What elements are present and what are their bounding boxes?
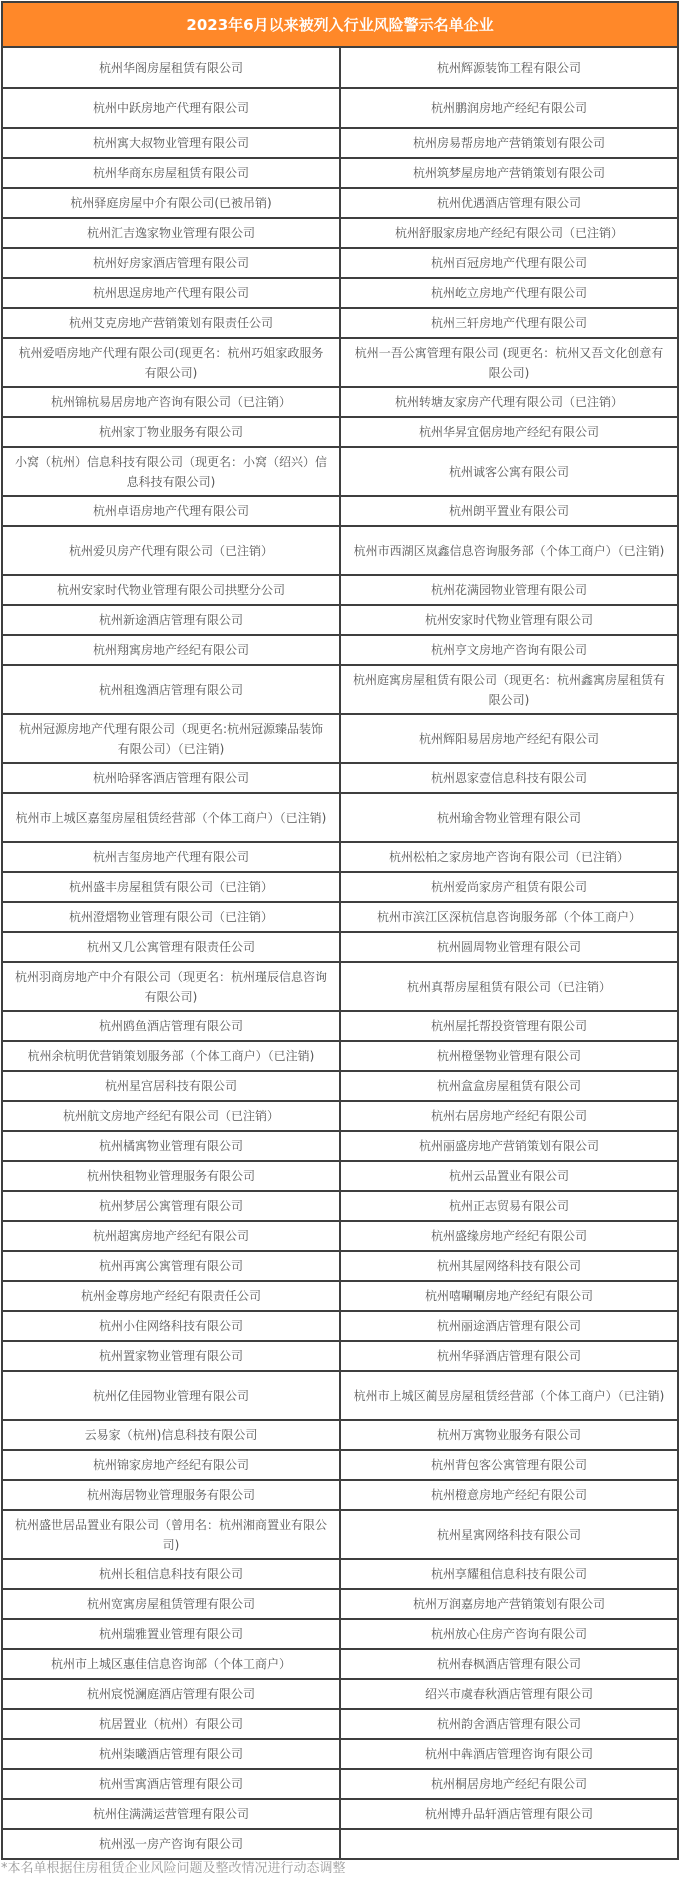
company-name-left: 杭州租逸酒店管理有限公司 [2, 665, 340, 714]
company-name-left: 杭州住满满运营管理有限公司 [2, 1799, 340, 1829]
table-row: 杭州爱唔房地产代理有限公司(现更名：杭州巧姐家政服务有限公司)杭州一吾公寓管理有… [2, 338, 678, 387]
table-row: 杭州驿庭房屋中介有限公司(已被吊销)杭州优遇酒店管理有限公司 [2, 188, 678, 218]
table-row: 杭州华商东房屋租赁有限公司杭州筑梦屋房地产营销策划有限公司 [2, 158, 678, 188]
table-row: 杭州锦杭易居房地产咨询有限公司（已注销）杭州转塘友家房产代理有限公司（已注销） [2, 387, 678, 417]
table-row: 杭州寓大叔物业管理有限公司杭州房易帮房地产营销策划有限公司 [2, 128, 678, 158]
company-name-right: 杭州星寓网络科技有限公司 [340, 1510, 678, 1559]
company-name-right: 杭州亨文房地产咨询有限公司 [340, 635, 678, 665]
company-name-left: 杭州盛世居品置业有限公司（曾用名：杭州湘商置业有限公司) [2, 1510, 340, 1559]
risk-warning-table: 2023年6月以来被列入行业风险警示名单企业 杭州华阁房屋租赁有限公司杭州辉源装… [1, 1, 679, 1860]
company-name-right: 杭州市西湖区岚鑫信息咨询服务部（个体工商户）（已注销) [340, 526, 678, 575]
table-row: 杭州艾克房地产营销策划有限责任公司杭州三轩房地产代理有限公司 [2, 308, 678, 338]
company-name-left: 杭州爱贝房产代理有限公司（已注销） [2, 526, 340, 575]
company-name-left: 杭州雪寓酒店管理有限公司 [2, 1769, 340, 1799]
warning-list-container: 2023年6月以来被列入行业风险警示名单企业 杭州华阁房屋租赁有限公司杭州辉源装… [1, 1, 679, 1878]
company-name-left: 杭州宽寓房屋租赁管理有限公司 [2, 1589, 340, 1619]
company-name-left: 杭州驿庭房屋中介有限公司(已被吊销) [2, 188, 340, 218]
company-name-right: 杭州中犇酒店管理咨询有限公司 [340, 1739, 678, 1769]
company-name-right: 杭州博升品轩酒店管理有限公司 [340, 1799, 678, 1829]
table-row: 杭州中跃房地产代理有限公司杭州鹏润房地产经纪有限公司 [2, 88, 678, 128]
company-name-right: 杭州真帮房屋租赁有限公司（已注销） [340, 962, 678, 1011]
company-name-left: 杭州澄熠物业管理有限公司（已注销） [2, 902, 340, 932]
table-row: 杭州置家物业管理有限公司杭州华驿酒店管理有限公司 [2, 1341, 678, 1371]
company-name-left: 杭州梦居公寓管理有限公司 [2, 1191, 340, 1221]
table-row: 杭州泓一房产咨询有限公司 [2, 1829, 678, 1859]
company-name-right: 杭州圆周物业管理有限公司 [340, 932, 678, 962]
table-row: 杭州汇吉逸家物业管理有限公司杭州舒服家房地产经纪有限公司（已注销） [2, 218, 678, 248]
table-row: 杭州新途酒店管理有限公司杭州安家时代物业管理有限公司 [2, 605, 678, 635]
company-name-right: 杭州享耀租信息科技有限公司 [340, 1559, 678, 1589]
company-name-left: 杭州亿佳园物业管理有限公司 [2, 1371, 340, 1420]
company-name-right: 杭州辉源装饰工程有限公司 [340, 47, 678, 88]
company-name-left: 杭州思逞房地产代理有限公司 [2, 278, 340, 308]
table-row: 杭州住满满运营管理有限公司杭州博升品轩酒店管理有限公司 [2, 1799, 678, 1829]
table-row: 杭居置业（杭州）有限公司杭州韵舍酒店管理有限公司 [2, 1709, 678, 1739]
table-row: 杭州盛世居品置业有限公司（曾用名：杭州湘商置业有限公司)杭州星寓网络科技有限公司 [2, 1510, 678, 1559]
footnote: *本名单根据住房租赁企业风险问题及整改情况进行动态调整 [1, 1860, 679, 1878]
company-name-right: 杭州优遇酒店管理有限公司 [340, 188, 678, 218]
company-name-left: 杭州哈驿客酒店管理有限公司 [2, 763, 340, 793]
table-row: 杭州星宫居科技有限公司杭州盒盒房屋租赁有限公司 [2, 1071, 678, 1101]
table-row: 杭州家丁物业服务有限公司杭州华昇宜倨房地产经纪有限公司 [2, 417, 678, 447]
company-name-left: 杭州吉玺房地产代理有限公司 [2, 842, 340, 872]
table-row: 杭州瑞雅置业管理有限公司杭州放心住房产咨询有限公司 [2, 1619, 678, 1649]
company-name-right: 杭州春枫酒店管理有限公司 [340, 1649, 678, 1679]
table-row: 杭州长租信息科技有限公司杭州享耀租信息科技有限公司 [2, 1559, 678, 1589]
company-name-right: 杭州瑜舍物业管理有限公司 [340, 793, 678, 842]
company-name-left: 杭州超寓房地产经纪有限公司 [2, 1221, 340, 1251]
company-name-right: 杭州右居房地产经纪有限公司 [340, 1101, 678, 1131]
company-name-right: 杭州韵舍酒店管理有限公司 [340, 1709, 678, 1739]
table-row: 杭州余杭明优营销策划服务部（个体工商户）（已注销)杭州橙堡物业管理有限公司 [2, 1041, 678, 1071]
company-name-left: 杭州海居物业管理服务有限公司 [2, 1480, 340, 1510]
company-name-right: 杭州桐居房地产经纪有限公司 [340, 1769, 678, 1799]
company-name-right: 杭州其屋网络科技有限公司 [340, 1251, 678, 1281]
table-header-row: 2023年6月以来被列入行业风险警示名单企业 [2, 2, 678, 47]
table-row: 杭州好房家酒店管理有限公司杭州百冠房地产代理有限公司 [2, 248, 678, 278]
company-name-left: 杭居置业（杭州）有限公司 [2, 1709, 340, 1739]
company-name-right: 杭州橙堡物业管理有限公司 [340, 1041, 678, 1071]
table-row: 杭州鸥鱼酒店管理有限公司杭州屋托帮投资管理有限公司 [2, 1011, 678, 1041]
company-name-left: 杭州市上城区惠佳信息咨询部（个体工商户） [2, 1649, 340, 1679]
company-name-right: 杭州橙意房地产经纪有限公司 [340, 1480, 678, 1510]
company-name-right: 杭州松柏之家房地产咨询有限公司（已注销） [340, 842, 678, 872]
company-name-left: 杭州小住网络科技有限公司 [2, 1311, 340, 1341]
company-name-right: 杭州恩家壹信息科技有限公司 [340, 763, 678, 793]
company-name-left: 杭州星宫居科技有限公司 [2, 1071, 340, 1101]
company-name-right: 杭州丽盛房地产营销策划有限公司 [340, 1131, 678, 1161]
company-name-left: 杭州家丁物业服务有限公司 [2, 417, 340, 447]
company-name-right: 杭州万寓物业服务有限公司 [340, 1420, 678, 1450]
company-name-left: 杭州市上城区嘉玺房屋租赁经营部（个体工商户）（已注销) [2, 793, 340, 842]
company-name-right: 杭州市滨江区深杭信息咨询服务部（个体工商户） [340, 902, 678, 932]
table-row: 杭州梦居公寓管理有限公司杭州正志贸易有限公司 [2, 1191, 678, 1221]
table-row: 杭州澄熠物业管理有限公司（已注销）杭州市滨江区深杭信息咨询服务部（个体工商户） [2, 902, 678, 932]
company-name-left: 云易家（杭州)信息科技有限公司 [2, 1420, 340, 1450]
company-name-right: 杭州百冠房地产代理有限公司 [340, 248, 678, 278]
company-name-right: 杭州盛缘房地产经纪有限公司 [340, 1221, 678, 1251]
table-row: 杭州冠源房地产代理有限公司（现更名:杭州冠源臻品装饰有限公司）（已注销)杭州辉阳… [2, 714, 678, 763]
company-name-left: 杭州冠源房地产代理有限公司（现更名:杭州冠源臻品装饰有限公司）（已注销) [2, 714, 340, 763]
company-name-left: 杭州快租物业管理服务有限公司 [2, 1161, 340, 1191]
company-name-left: 杭州余杭明优营销策划服务部（个体工商户）（已注销) [2, 1041, 340, 1071]
company-name-left: 杭州寓大叔物业管理有限公司 [2, 128, 340, 158]
table-row: 杭州快租物业管理服务有限公司杭州云品置业有限公司 [2, 1161, 678, 1191]
company-name-right: 杭州花满园物业管理有限公司 [340, 575, 678, 605]
company-name-left: 杭州羽商房地产中介有限公司（现更名：杭州瑾辰信息咨询有限公司) [2, 962, 340, 1011]
company-name-right: 杭州云品置业有限公司 [340, 1161, 678, 1191]
company-name-left: 杭州金尊房地产经纪有限责任公司 [2, 1281, 340, 1311]
company-name-left: 杭州置家物业管理有限公司 [2, 1341, 340, 1371]
company-name-right: 杭州丽途酒店管理有限公司 [340, 1311, 678, 1341]
table-row: 杭州安家时代物业管理有限公司拱墅分公司杭州花满园物业管理有限公司 [2, 575, 678, 605]
company-name-right: 杭州屋托帮投资管理有限公司 [340, 1011, 678, 1041]
table-row: 杭州华阁房屋租赁有限公司杭州辉源装饰工程有限公司 [2, 47, 678, 88]
company-name-left: 杭州宸悦澜庭酒店管理有限公司 [2, 1679, 340, 1709]
table-row: 杭州雪寓酒店管理有限公司杭州桐居房地产经纪有限公司 [2, 1769, 678, 1799]
table-row: 杭州哈驿客酒店管理有限公司杭州恩家壹信息科技有限公司 [2, 763, 678, 793]
table-row: 杭州小住网络科技有限公司杭州丽途酒店管理有限公司 [2, 1311, 678, 1341]
company-name-right: 杭州万润嘉房地产营销策划有限公司 [340, 1589, 678, 1619]
company-name-right: 杭州屹立房地产代理有限公司 [340, 278, 678, 308]
table-row: 杭州宽寓房屋租赁管理有限公司杭州万润嘉房地产营销策划有限公司 [2, 1589, 678, 1619]
company-name-left: 杭州新途酒店管理有限公司 [2, 605, 340, 635]
company-name-left: 杭州卓语房地产代理有限公司 [2, 496, 340, 526]
company-name-left: 小窝（杭州）信息科技有限公司（现更名：小窝（绍兴）信息科技有限公司) [2, 447, 340, 496]
company-name-left: 杭州安家时代物业管理有限公司拱墅分公司 [2, 575, 340, 605]
table-row: 杭州橘寓物业管理有限公司杭州丽盛房地产营销策划有限公司 [2, 1131, 678, 1161]
company-name-right: 杭州朗平置业有限公司 [340, 496, 678, 526]
table-row: 杭州租逸酒店管理有限公司杭州庭寓房屋租赁有限公司（现更名：杭州鑫寓房屋租赁有限公… [2, 665, 678, 714]
table-row: 杭州航文房地产经纪有限公司（已注销）杭州右居房地产经纪有限公司 [2, 1101, 678, 1131]
company-name-left: 杭州锦杭易居房地产咨询有限公司（已注销） [2, 387, 340, 417]
company-name-left: 杭州华商东房屋租赁有限公司 [2, 158, 340, 188]
table-row: 杭州思逞房地产代理有限公司杭州屹立房地产代理有限公司 [2, 278, 678, 308]
table-row: 杭州翔寓房地产经纪有限公司杭州亨文房地产咨询有限公司 [2, 635, 678, 665]
company-name-right: 杭州盒盒房屋租赁有限公司 [340, 1071, 678, 1101]
company-name-right: 杭州华驿酒店管理有限公司 [340, 1341, 678, 1371]
table-row: 杭州柒曦酒店管理有限公司杭州中犇酒店管理咨询有限公司 [2, 1739, 678, 1769]
company-name-left: 杭州柒曦酒店管理有限公司 [2, 1739, 340, 1769]
company-name-left: 杭州锦家房地产经纪有限公司 [2, 1450, 340, 1480]
company-name-right: 杭州舒服家房地产经纪有限公司（已注销） [340, 218, 678, 248]
company-name-right: 杭州放心住房产咨询有限公司 [340, 1619, 678, 1649]
company-name-left: 杭州再寓公寓管理有限公司 [2, 1251, 340, 1281]
company-name-left: 杭州汇吉逸家物业管理有限公司 [2, 218, 340, 248]
company-name-right: 杭州庭寓房屋租赁有限公司（现更名：杭州鑫寓房屋租赁有限公司) [340, 665, 678, 714]
company-name-right: 杭州嘻唰唰房地产经纪有限公司 [340, 1281, 678, 1311]
company-name-right: 杭州筑梦屋房地产营销策划有限公司 [340, 158, 678, 188]
company-name-right: 绍兴市虞春秋酒店管理有限公司 [340, 1679, 678, 1709]
company-name-left: 杭州华阁房屋租赁有限公司 [2, 47, 340, 88]
company-name-left: 杭州鸥鱼酒店管理有限公司 [2, 1011, 340, 1041]
company-name-right [340, 1829, 678, 1859]
table-row: 杭州超寓房地产经纪有限公司杭州盛缘房地产经纪有限公司 [2, 1221, 678, 1251]
table-row: 小窝（杭州）信息科技有限公司（现更名：小窝（绍兴）信息科技有限公司)杭州诚客公寓… [2, 447, 678, 496]
company-name-left: 杭州好房家酒店管理有限公司 [2, 248, 340, 278]
company-name-left: 杭州长租信息科技有限公司 [2, 1559, 340, 1589]
company-name-left: 杭州航文房地产经纪有限公司（已注销） [2, 1101, 340, 1131]
table-row: 杭州盛丰房屋租赁有限公司（已注销）杭州爱尚家房产租赁有限公司 [2, 872, 678, 902]
table-body: 杭州华阁房屋租赁有限公司杭州辉源装饰工程有限公司杭州中跃房地产代理有限公司杭州鹏… [2, 47, 678, 1859]
table-row: 杭州吉玺房地产代理有限公司杭州松柏之家房地产咨询有限公司（已注销） [2, 842, 678, 872]
company-name-left: 杭州艾克房地产营销策划有限责任公司 [2, 308, 340, 338]
table-row: 杭州再寓公寓管理有限公司杭州其屋网络科技有限公司 [2, 1251, 678, 1281]
company-name-left: 杭州橘寓物业管理有限公司 [2, 1131, 340, 1161]
table-row: 杭州亿佳园物业管理有限公司杭州市上城区蔺昱房屋租赁经营部（个体工商户）（已注销) [2, 1371, 678, 1420]
company-name-left: 杭州盛丰房屋租赁有限公司（已注销） [2, 872, 340, 902]
company-name-left: 杭州泓一房产咨询有限公司 [2, 1829, 340, 1859]
company-name-right: 杭州三轩房地产代理有限公司 [340, 308, 678, 338]
company-name-left: 杭州爱唔房地产代理有限公司(现更名：杭州巧姐家政服务有限公司) [2, 338, 340, 387]
table-row: 杭州市上城区惠佳信息咨询部（个体工商户）杭州春枫酒店管理有限公司 [2, 1649, 678, 1679]
table-row: 杭州海居物业管理服务有限公司杭州橙意房地产经纪有限公司 [2, 1480, 678, 1510]
company-name-right: 杭州华昇宜倨房地产经纪有限公司 [340, 417, 678, 447]
company-name-right: 杭州辉阳易居房地产经纪有限公司 [340, 714, 678, 763]
table-row: 云易家（杭州)信息科技有限公司杭州万寓物业服务有限公司 [2, 1420, 678, 1450]
table-row: 杭州市上城区嘉玺房屋租赁经营部（个体工商户）（已注销)杭州瑜舍物业管理有限公司 [2, 793, 678, 842]
company-name-right: 杭州背包客公寓管理有限公司 [340, 1450, 678, 1480]
table-row: 杭州爱贝房产代理有限公司（已注销）杭州市西湖区岚鑫信息咨询服务部（个体工商户）（… [2, 526, 678, 575]
company-name-left: 杭州翔寓房地产经纪有限公司 [2, 635, 340, 665]
company-name-right: 杭州鹏润房地产经纪有限公司 [340, 88, 678, 128]
company-name-right: 杭州房易帮房地产营销策划有限公司 [340, 128, 678, 158]
table-row: 杭州又几公寓管理有限责任公司杭州圆周物业管理有限公司 [2, 932, 678, 962]
company-name-left: 杭州中跃房地产代理有限公司 [2, 88, 340, 128]
table-row: 杭州金尊房地产经纪有限责任公司杭州嘻唰唰房地产经纪有限公司 [2, 1281, 678, 1311]
company-name-right: 杭州一吾公寓管理有限公司 (现更名：杭州又吾文化创意有限公司) [340, 338, 678, 387]
table-title: 2023年6月以来被列入行业风险警示名单企业 [2, 2, 678, 47]
table-row: 杭州卓语房地产代理有限公司杭州朗平置业有限公司 [2, 496, 678, 526]
table-row: 杭州羽商房地产中介有限公司（现更名：杭州瑾辰信息咨询有限公司)杭州真帮房屋租赁有… [2, 962, 678, 1011]
company-name-right: 杭州爱尚家房产租赁有限公司 [340, 872, 678, 902]
company-name-right: 杭州正志贸易有限公司 [340, 1191, 678, 1221]
company-name-left: 杭州又几公寓管理有限责任公司 [2, 932, 340, 962]
company-name-right: 杭州安家时代物业管理有限公司 [340, 605, 678, 635]
company-name-right: 杭州市上城区蔺昱房屋租赁经营部（个体工商户）（已注销) [340, 1371, 678, 1420]
company-name-left: 杭州瑞雅置业管理有限公司 [2, 1619, 340, 1649]
company-name-right: 杭州转塘友家房产代理有限公司（已注销） [340, 387, 678, 417]
table-row: 杭州宸悦澜庭酒店管理有限公司绍兴市虞春秋酒店管理有限公司 [2, 1679, 678, 1709]
company-name-right: 杭州诚客公寓有限公司 [340, 447, 678, 496]
table-row: 杭州锦家房地产经纪有限公司杭州背包客公寓管理有限公司 [2, 1450, 678, 1480]
